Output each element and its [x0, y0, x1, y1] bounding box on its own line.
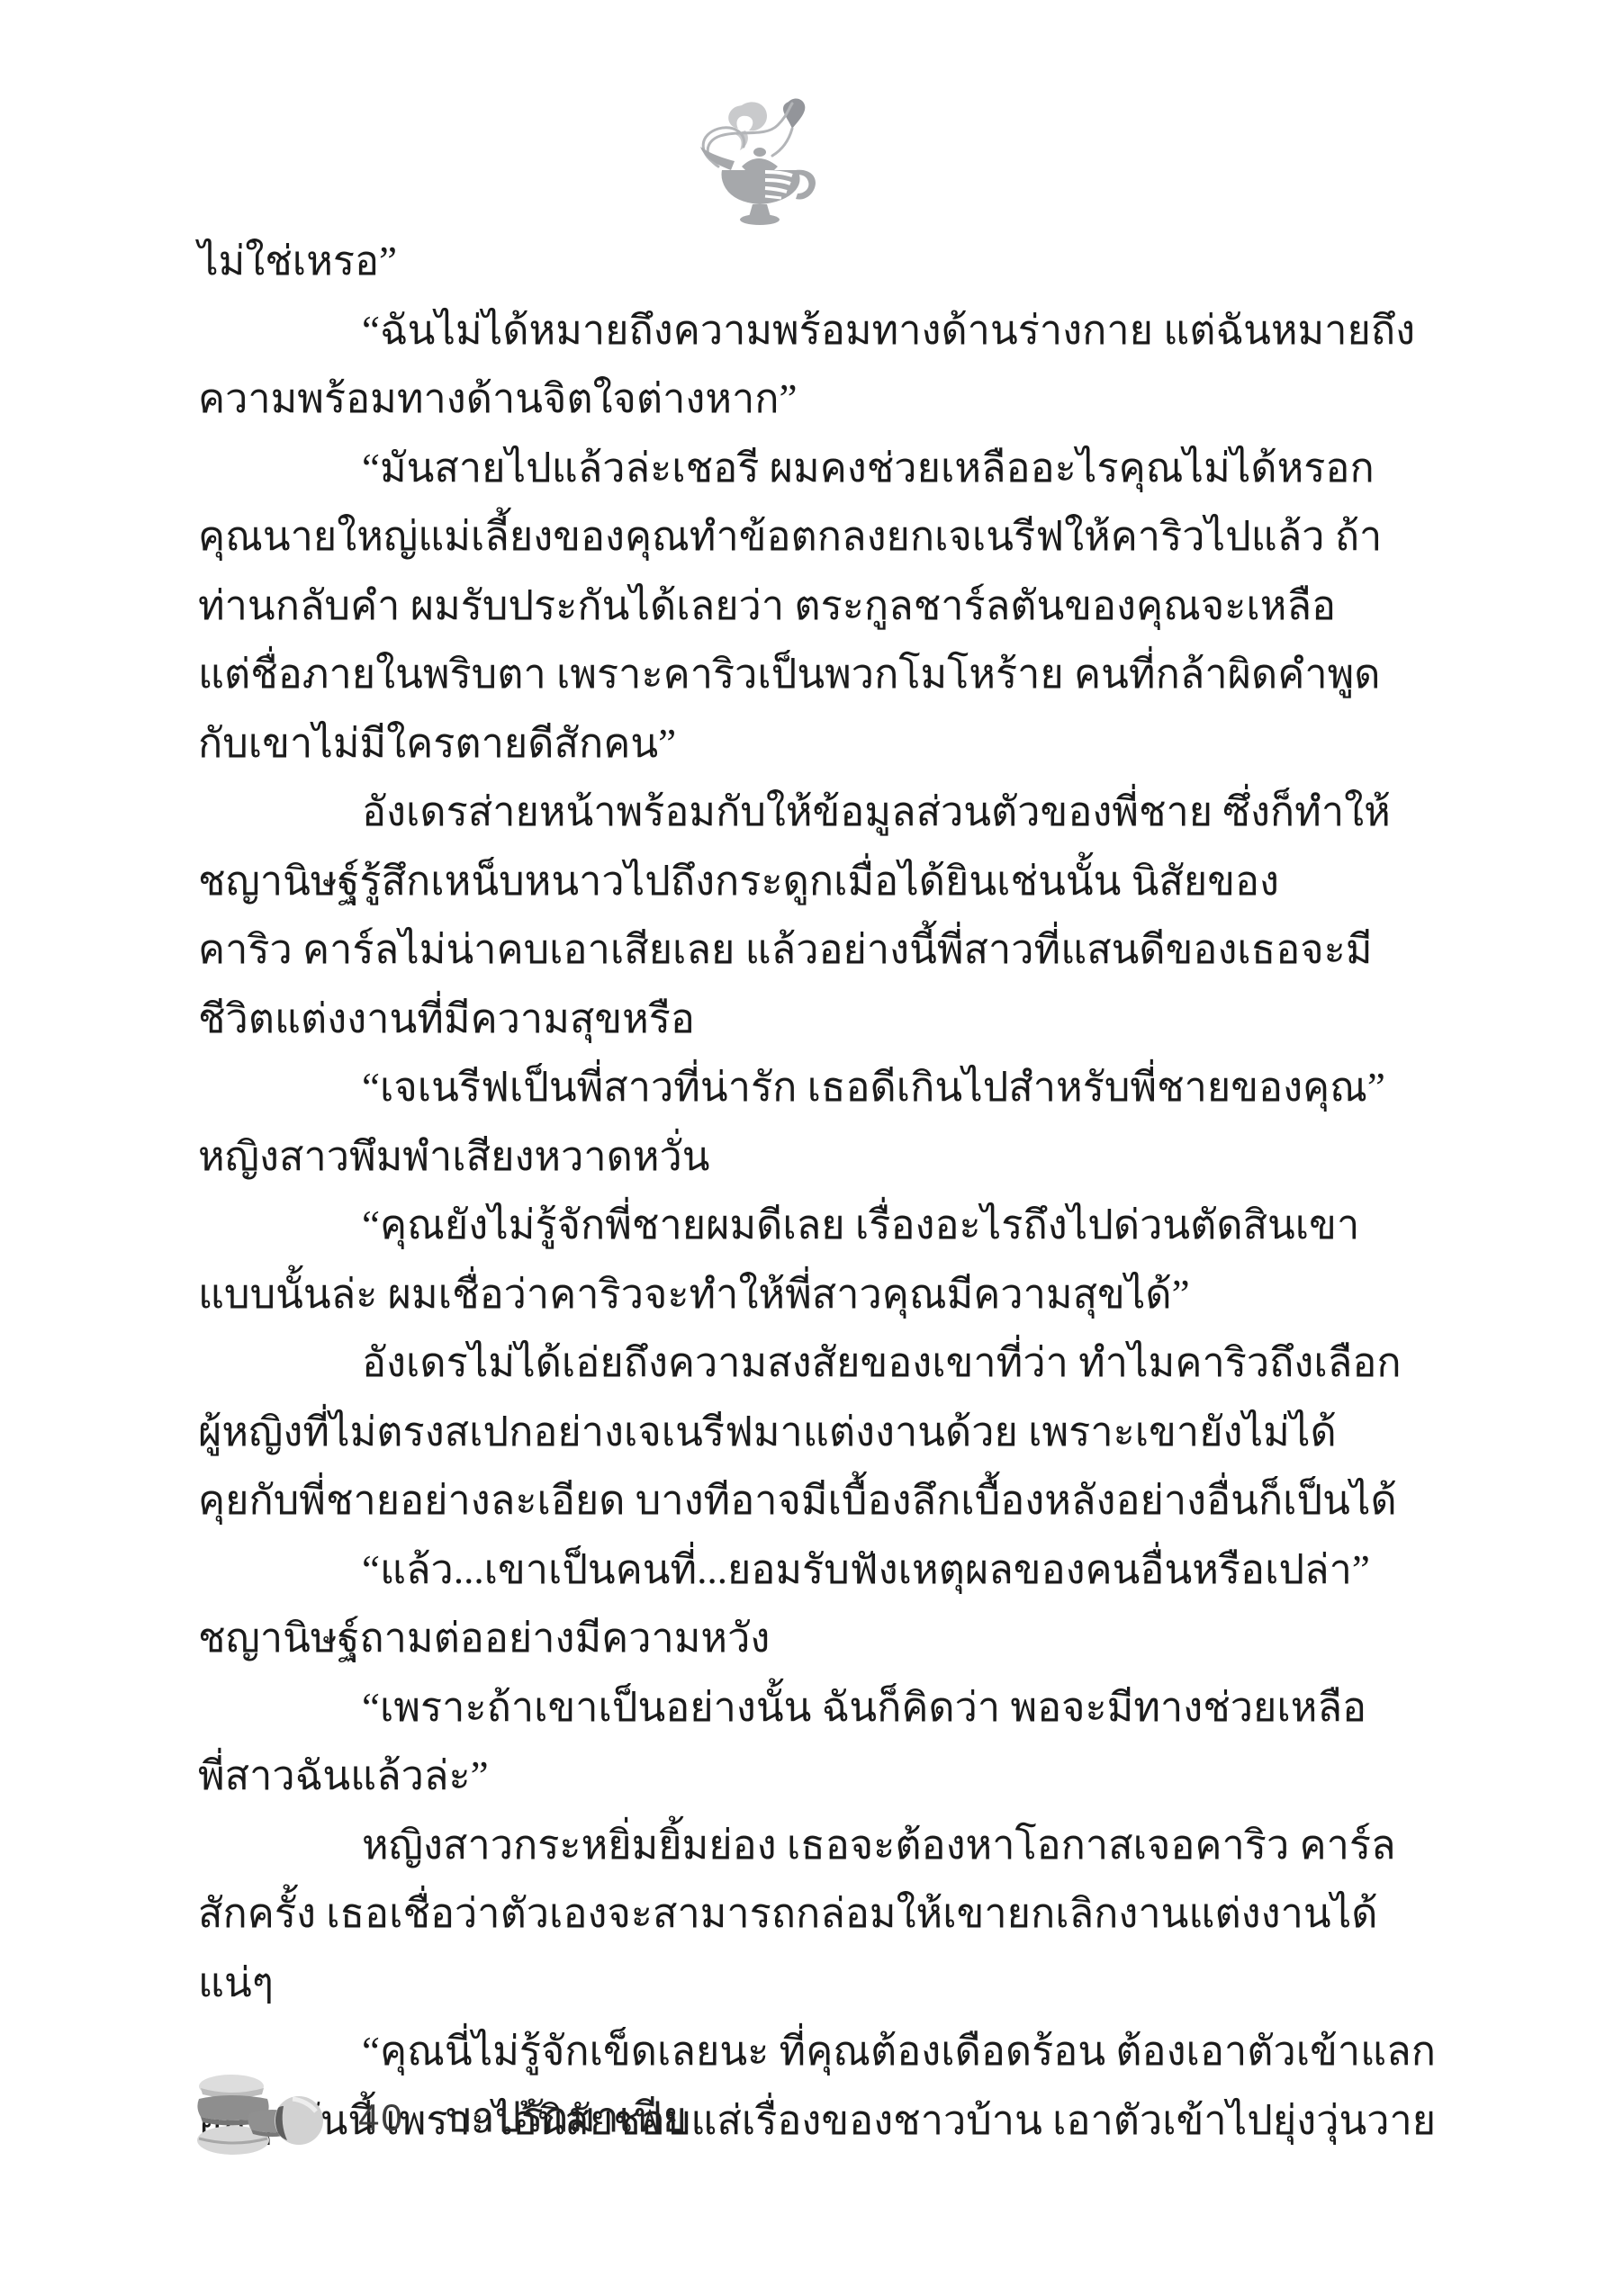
text-line: “แล้ว...เขาเป็นคนที่...ยอมรับฟังเหตุผลขอ… — [198, 1535, 1458, 1605]
text-line: สักครั้ง เธอเชื่อว่าตัวเองจะสามารถกล่อมใ… — [198, 1879, 1458, 1949]
text-line: คุยกับพี่ชายอย่างละเอียด บางทีอาจมีเบื้อ… — [198, 1466, 1458, 1535]
text-line: แบบนั้นล่ะ ผมเชื่อว่าคาริวจะทำให้พี่สาวค… — [198, 1260, 1458, 1329]
text-line: แน่ๆ — [198, 1949, 1458, 2018]
body-text: ไม่ใช่เหรอ”“ฉันไม่ได้หมายถึงความพร้อมทาง… — [198, 227, 1458, 2155]
text-line: หญิงสาวกระหยิ่มยิ้มย่อง เธอจะต้องหาโอกาส… — [198, 1811, 1458, 1880]
text-line: คาริว คาร์ลไม่น่าคบเอาเสียเลย แล้วอย่างน… — [198, 915, 1458, 985]
book-page: ไม่ใช่เหรอ”“ฉันไม่ได้หมายถึงความพร้อมทาง… — [0, 0, 1605, 2296]
text-line: ชญานิษฐ์รู้สึกเหน็บหนาวไปถึงกระดูกเมื่อไ… — [198, 847, 1458, 916]
text-line: อังเดรไม่ได้เอ่ยถึงความสงสัยของเขาที่ว่า… — [198, 1328, 1458, 1398]
text-line: “เจเนรีฟเป็นพี่สาวที่น่ารัก เธอดีเกินไปส… — [198, 1053, 1458, 1122]
text-line: อังเดรส่ายหน้าพร้อมกับให้ข้อมูลส่วนตัวขอ… — [198, 778, 1458, 847]
text-line: “ฉันไม่ได้หมายถึงความพร้อมทางด้านร่างกาย… — [198, 296, 1458, 365]
text-line: “เพราะถ้าเขาเป็นอย่างนั้น ฉันก็คิดว่า พอ… — [198, 1673, 1458, 1742]
page-number: 40 — [358, 2096, 404, 2139]
text-line: หญิงสาวพึมพำเสียงหวาดหวั่น — [198, 1122, 1458, 1192]
text-line: พี่สาวฉันแล้วล่ะ” — [198, 1742, 1458, 1811]
text-line: “คุณยังไม่รู้จักพี่ชายผมดีเลย เรื่องอะไร… — [198, 1191, 1458, 1260]
text-line: ไม่ใช่เหรอ” — [198, 227, 1458, 296]
text-line: ชญานิษฐ์ถามต่ออย่างมีความหวัง — [198, 1604, 1458, 1673]
text-line: คุณนายใหญ่แม่เลี้ยงของคุณทำข้อตกลงยกเจเน… — [198, 502, 1458, 572]
text-line: ชีวิตแต่งงานที่มีความสุขหรือ — [198, 985, 1458, 1054]
text-line: “มันสายไปแล้วล่ะเชอรี ผมคงช่วยเหลืออะไรค… — [198, 434, 1458, 503]
text-line: แต่ชื่อภายในพริบตา เพราะคาริวเป็นพวกโมโห… — [198, 640, 1458, 709]
text-line: ผู้หญิงที่ไม่ตรงสเปกอย่างเจเนรีฟมาแต่งงา… — [198, 1398, 1458, 1467]
text-line: ท่านกลับคำ ผมรับประกันได้เลยว่า ตระกูลชา… — [198, 572, 1458, 641]
genie-lamp-icon — [695, 95, 830, 230]
page-footer: 40 บาปรักมาเฟีย — [185, 2066, 687, 2169]
macaron-stack-icon — [185, 2070, 324, 2165]
text-line: กับเขาไม่มีใครตายดีสักคน” — [198, 709, 1458, 779]
book-title: บาปรักมาเฟีย — [446, 2084, 687, 2150]
text-line: ความพร้อมทางด้านจิตใจต่างหาก” — [198, 365, 1458, 434]
